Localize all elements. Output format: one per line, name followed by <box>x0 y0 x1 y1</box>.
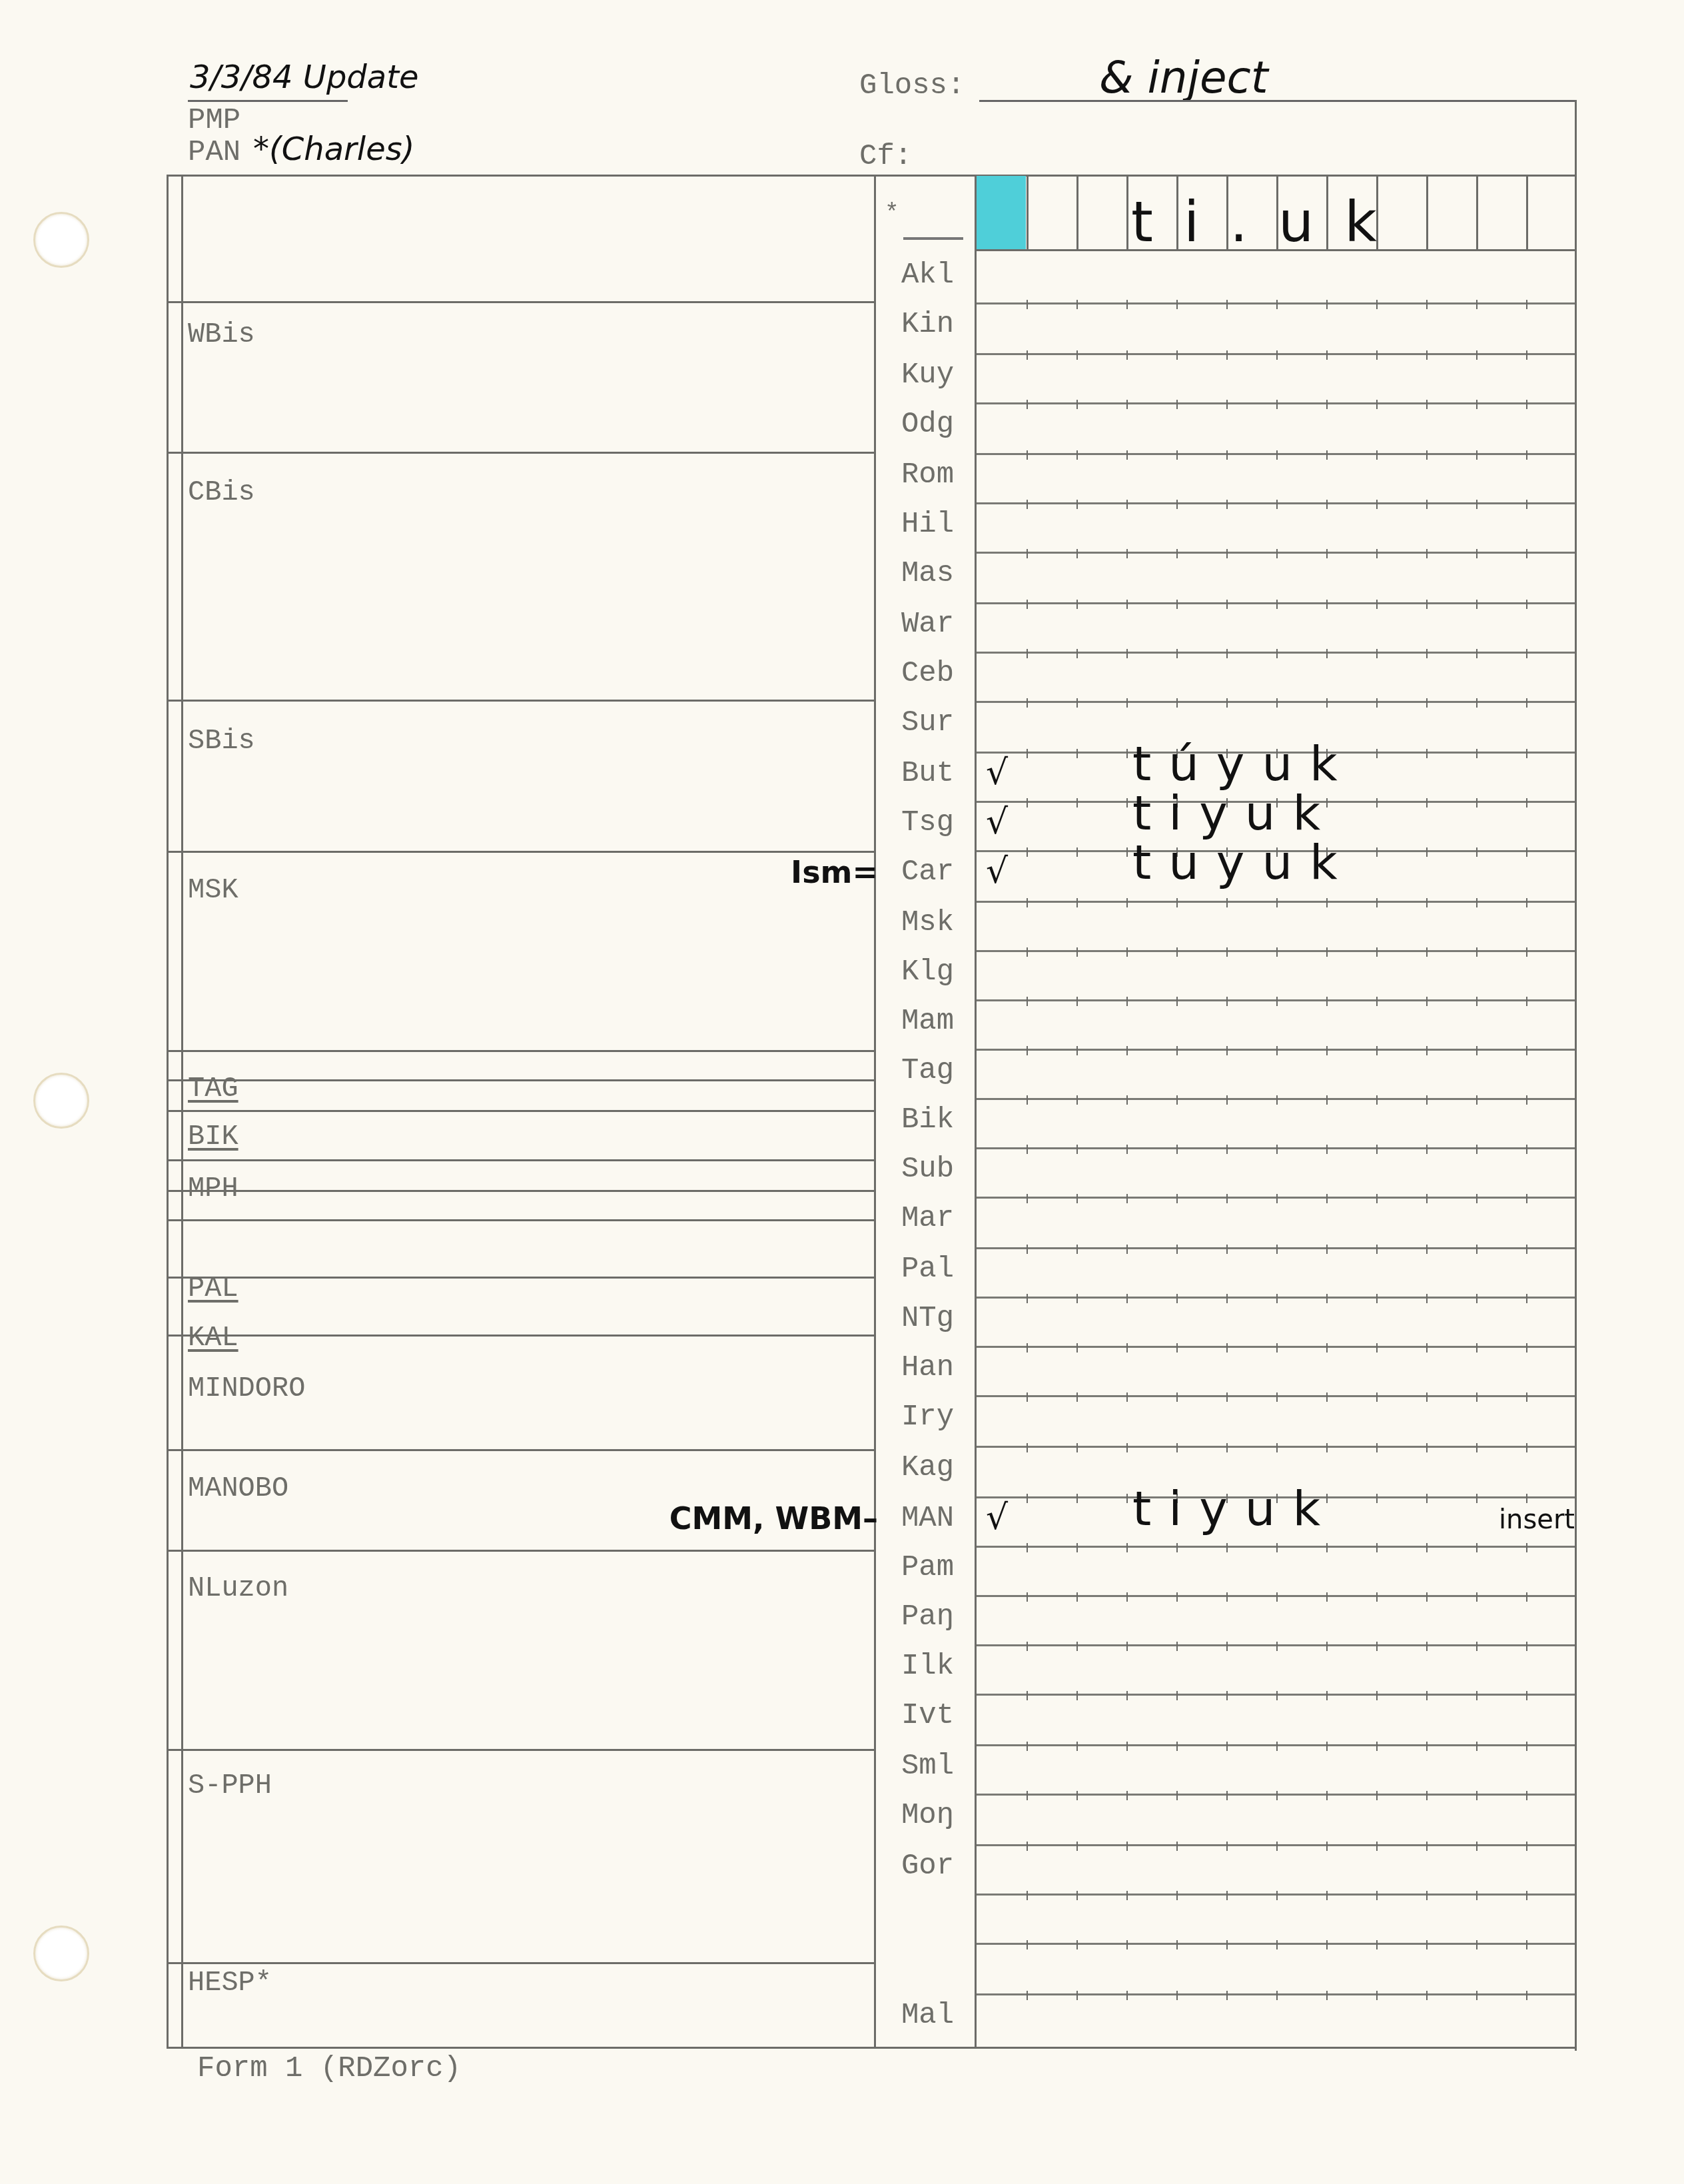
row-tick <box>1426 798 1428 808</box>
row-tick <box>1126 1194 1128 1203</box>
row-tick <box>1426 1592 1428 1602</box>
row-tick <box>1076 1842 1078 1851</box>
group-divider <box>167 1335 874 1337</box>
row-tick <box>1226 1791 1228 1800</box>
row-tick <box>1426 549 1428 558</box>
row-tick <box>1326 1543 1328 1552</box>
row-tick <box>1526 1791 1527 1800</box>
row-tick <box>1226 997 1228 1006</box>
row-tick <box>1076 1245 1078 1254</box>
row-tick <box>1076 450 1078 460</box>
row-tick <box>1126 300 1128 309</box>
group-label-cbis: CBis <box>188 476 255 508</box>
row-tick <box>1476 1691 1477 1700</box>
row-tick <box>1176 1891 1178 1900</box>
row-tick <box>1176 1842 1178 1851</box>
language-code: Msk <box>879 906 976 939</box>
row-tick <box>1076 1543 1078 1552</box>
row-tick <box>1476 947 1477 957</box>
row-tick <box>1526 1095 1527 1105</box>
row-tick <box>1376 749 1378 758</box>
row-tick <box>1126 1145 1128 1154</box>
language-code: Kuy <box>879 358 976 392</box>
row-tick <box>1376 1742 1378 1751</box>
row-rule <box>977 1993 1575 1995</box>
row-tick <box>1027 300 1028 309</box>
row-tick <box>1226 1046 1228 1055</box>
row-rule <box>977 1147 1575 1149</box>
row-tick <box>1426 1294 1428 1303</box>
row-tick <box>1027 1691 1028 1700</box>
row-tick <box>1027 898 1028 907</box>
row-tick <box>1226 1742 1228 1751</box>
row-tick <box>1027 1343 1028 1353</box>
row-tick <box>1326 698 1328 708</box>
row-tick <box>1076 1095 1078 1105</box>
language-code: Hil <box>879 508 976 541</box>
row-tick <box>1276 1194 1278 1203</box>
row-tick <box>1526 698 1527 708</box>
group-divider <box>167 1190 874 1192</box>
row-tick <box>1027 1294 1028 1303</box>
row-tick <box>1426 1343 1428 1353</box>
row-tick <box>1476 649 1477 658</box>
row-tick <box>1476 1443 1477 1452</box>
row-tick <box>1276 350 1278 360</box>
row-tick <box>1176 1742 1178 1751</box>
row-tick <box>1276 1046 1278 1055</box>
reconstruction-form: ti.uk <box>1131 189 1408 255</box>
row-tick <box>1076 1343 1078 1353</box>
row-tick <box>1526 649 1527 658</box>
reconstruction-star: * <box>885 200 899 227</box>
row-tick <box>1376 1642 1378 1651</box>
row-tick <box>1476 1046 1477 1055</box>
row-tick <box>1027 1791 1028 1800</box>
row-tick <box>1326 1245 1328 1254</box>
row-tick <box>1076 1443 1078 1452</box>
row-tick <box>1226 698 1228 708</box>
row-tick <box>1126 1891 1128 1900</box>
row-tick <box>1027 1742 1028 1751</box>
row-tick <box>1226 549 1228 558</box>
row-tick <box>1126 847 1128 857</box>
row-tick <box>1326 450 1328 460</box>
row-tick <box>1076 1891 1078 1900</box>
row-tick <box>1027 798 1028 808</box>
row-rule <box>977 1049 1575 1051</box>
row-rule <box>977 1446 1575 1448</box>
row-tick <box>1276 1095 1278 1105</box>
row-rule <box>977 901 1575 903</box>
row-tick <box>1076 1642 1078 1651</box>
row-tick <box>1426 847 1428 857</box>
row-tick <box>1027 1494 1028 1503</box>
row-tick <box>1426 400 1428 409</box>
group-divider <box>167 452 874 454</box>
row-tick <box>1027 1145 1028 1154</box>
row-tick <box>1027 947 1028 957</box>
row-tick <box>1426 350 1428 360</box>
row-tick <box>1376 1940 1378 1949</box>
language-code: Car <box>879 855 976 889</box>
row-tick <box>1076 798 1078 808</box>
row-tick <box>1376 1095 1378 1105</box>
row-rule <box>977 1644 1575 1646</box>
row-tick <box>1226 1343 1228 1353</box>
row-tick <box>1426 1791 1428 1800</box>
row-tick <box>1176 500 1178 509</box>
row-tick <box>1326 649 1328 658</box>
row-rule <box>977 1247 1575 1249</box>
row-tick <box>1076 749 1078 758</box>
group-label-sbis: SBis <box>188 725 255 757</box>
row-tick <box>1376 1392 1378 1402</box>
row-rule <box>977 1943 1575 1945</box>
row-rule <box>977 1794 1575 1796</box>
row-tick <box>1126 1991 1128 2000</box>
row-tick <box>1276 400 1278 409</box>
row-tick <box>1276 997 1278 1006</box>
language-code: Pam <box>879 1551 976 1584</box>
language-code: Mar <box>879 1202 976 1235</box>
row-tick <box>1027 997 1028 1006</box>
row-tick <box>1426 898 1428 907</box>
row-tick <box>1526 798 1527 808</box>
row-tick <box>1176 1543 1178 1552</box>
row-tick <box>1526 450 1527 460</box>
gloss-label: Gloss: <box>859 69 965 103</box>
row-tick <box>1426 1046 1428 1055</box>
row-tick <box>1526 1294 1527 1303</box>
group-label-s-pph: S-PPH <box>188 1770 272 1802</box>
row-tick <box>1426 1742 1428 1751</box>
row-tick <box>1076 350 1078 360</box>
row-tick <box>1226 1842 1228 1851</box>
language-code: Han <box>879 1351 976 1384</box>
row-tick <box>1526 549 1527 558</box>
protolang-note: *(Charles) <box>253 131 414 168</box>
language-code: But <box>879 757 976 790</box>
reflex-form: túyuk <box>1132 736 1355 792</box>
row-tick <box>1176 1392 1178 1402</box>
row-tick <box>1126 1791 1128 1800</box>
row-tick <box>1076 1691 1078 1700</box>
row-tick <box>1326 350 1328 360</box>
row-rule <box>977 453 1575 455</box>
row-tick <box>1027 847 1028 857</box>
row-tick <box>1027 500 1028 509</box>
row-tick <box>1476 698 1477 708</box>
row-tick <box>1326 1343 1328 1353</box>
group-divider <box>167 1050 874 1052</box>
row-tick <box>1376 1443 1378 1452</box>
row-tick <box>1226 1443 1228 1452</box>
form-footer-label: Form 1 (RDZorc) <box>197 2052 461 2085</box>
row-tick <box>1176 300 1178 309</box>
row-tick <box>1426 1940 1428 1949</box>
side-annotation: CMM, WBM– <box>669 1500 878 1536</box>
row-tick <box>1076 1940 1078 1949</box>
row-rule <box>977 602 1575 604</box>
row-tick <box>1027 649 1028 658</box>
row-tick <box>1176 450 1178 460</box>
row-tick <box>1076 997 1078 1006</box>
row-tick <box>1376 1294 1378 1303</box>
row-tick <box>1076 1194 1078 1203</box>
row-tick <box>1426 1891 1428 1900</box>
row-tick <box>1376 1494 1378 1503</box>
row-tick <box>1276 600 1278 609</box>
row-tick <box>1027 450 1028 460</box>
group-label-tag: TAG <box>188 1073 238 1105</box>
row-tick <box>1126 1046 1128 1055</box>
row-tick <box>1226 1095 1228 1105</box>
row-tick <box>1126 947 1128 957</box>
language-code: NTg <box>879 1302 976 1335</box>
row-tick <box>1126 1842 1128 1851</box>
row-rule <box>977 402 1575 404</box>
row-tick <box>1076 898 1078 907</box>
row-tick <box>1376 649 1378 658</box>
protolang-pan: PAN <box>188 136 240 169</box>
row-tick <box>1426 1842 1428 1851</box>
row-tick <box>1526 1245 1527 1254</box>
row-tick <box>1376 698 1378 708</box>
row-tick <box>1476 1343 1477 1353</box>
row-tick <box>1376 1891 1378 1900</box>
row-tick <box>1126 1494 1128 1503</box>
row-tick <box>1126 500 1128 509</box>
row-tick <box>1126 350 1128 360</box>
check-mark-icon: √ <box>986 851 1008 891</box>
row-tick <box>1526 1392 1527 1402</box>
row-tick <box>1376 947 1378 957</box>
group-divider <box>167 1159 874 1161</box>
row-tick <box>1376 1046 1378 1055</box>
row-tick <box>1226 1145 1228 1154</box>
reflex-form: tiyuk <box>1132 785 1338 841</box>
row-tick <box>1526 1443 1527 1452</box>
row-tick <box>1526 847 1527 857</box>
row-tick <box>1476 1642 1477 1651</box>
group-label-manobo: MANOBO <box>188 1472 288 1504</box>
row-tick <box>1027 600 1028 609</box>
check-mark-icon: √ <box>986 802 1008 842</box>
row-tick <box>1376 600 1378 609</box>
row-tick <box>1276 1842 1278 1851</box>
row-tick <box>1476 1145 1477 1154</box>
gloss-box-right-edge <box>1575 100 1577 2051</box>
row-tick <box>1076 1494 1078 1503</box>
row-tick <box>1526 1194 1527 1203</box>
row-tick <box>1476 1392 1477 1402</box>
language-code: Moŋ <box>879 1799 976 1832</box>
protolang-pmp: PMP <box>188 104 240 137</box>
row-tick <box>1276 1294 1278 1303</box>
row-tick <box>1226 400 1228 409</box>
row-rule <box>977 1098 1575 1100</box>
row-tick <box>1176 1991 1178 2000</box>
row-tick <box>1426 749 1428 758</box>
row-tick <box>1126 1592 1128 1602</box>
row-tick <box>1076 549 1078 558</box>
row-tick <box>1276 1145 1278 1154</box>
row-tick <box>1426 1691 1428 1700</box>
language-code: Sur <box>879 706 976 740</box>
row-tick <box>1126 1443 1128 1452</box>
check-mark-icon: √ <box>986 753 1008 793</box>
row-tick <box>1326 1145 1328 1154</box>
row-tick <box>1126 1691 1128 1700</box>
row-tick <box>1027 1095 1028 1105</box>
row-tick <box>1326 1392 1328 1402</box>
hole-punch-bottom <box>33 1925 89 1981</box>
row-tick <box>1276 1691 1278 1700</box>
gloss-underline <box>979 100 1575 102</box>
group-label-pal: PAL <box>188 1273 238 1305</box>
row-tick <box>1126 1294 1128 1303</box>
row-tick <box>1176 1791 1178 1800</box>
row-tick <box>1076 600 1078 609</box>
row-rule <box>977 1595 1575 1597</box>
row-tick <box>1476 1245 1477 1254</box>
row-tick <box>1176 1642 1178 1651</box>
row-tick <box>1276 450 1278 460</box>
row-tick <box>1326 500 1328 509</box>
row-tick <box>1176 1245 1178 1254</box>
row-tick <box>1027 350 1028 360</box>
row-tick <box>1176 600 1178 609</box>
row-tick <box>1176 947 1178 957</box>
hole-punch-top <box>33 212 89 268</box>
row-tick <box>1076 947 1078 957</box>
row-tick <box>1376 300 1378 309</box>
row-tick <box>1226 947 1228 957</box>
language-code: Tag <box>879 1054 976 1087</box>
row-tick <box>1376 549 1378 558</box>
reconstruction-highlight-cell <box>977 176 1026 251</box>
row-rule <box>977 1694 1575 1696</box>
row-tick <box>1526 898 1527 907</box>
row-tick <box>1027 549 1028 558</box>
row-tick <box>1276 1742 1278 1751</box>
row-tick <box>1376 400 1378 409</box>
row-tick <box>1526 1592 1527 1602</box>
group-label-bik: BIK <box>188 1121 238 1153</box>
row-tick <box>1226 1991 1228 2000</box>
language-code: Bik <box>879 1103 976 1137</box>
row-tick <box>1027 698 1028 708</box>
group-divider <box>167 1749 874 1751</box>
row-tick <box>1326 1443 1328 1452</box>
row-tick <box>1426 1642 1428 1651</box>
row-rule <box>977 1395 1575 1397</box>
row-tick <box>1076 698 1078 708</box>
row-tick <box>1376 997 1378 1006</box>
row-tick <box>1276 1343 1278 1353</box>
row-tick <box>1176 1294 1178 1303</box>
language-code: Paŋ <box>879 1600 976 1634</box>
row-tick <box>1326 1991 1328 2000</box>
row-tick <box>1526 1891 1527 1900</box>
row-tick <box>1027 1991 1028 2000</box>
row-tick <box>1176 1443 1178 1452</box>
row-tick <box>1526 1343 1527 1353</box>
row-tick <box>1226 1642 1228 1651</box>
table-bottom-border <box>167 2047 1575 2049</box>
row-tick <box>1126 600 1128 609</box>
row-tick <box>1326 300 1328 309</box>
row-tick <box>1126 1343 1128 1353</box>
row-tick <box>1526 1046 1527 1055</box>
row-tick <box>1126 1742 1128 1751</box>
row-tick <box>1226 1940 1228 1949</box>
row-tick <box>1326 1294 1328 1303</box>
group-divider <box>167 1079 874 1081</box>
row-tick <box>1276 300 1278 309</box>
row-tick <box>1326 1842 1328 1851</box>
row-tick <box>1276 1543 1278 1552</box>
hole-punch-middle <box>33 1073 89 1129</box>
row-tick <box>1226 1194 1228 1203</box>
language-code: Rom <box>879 458 976 492</box>
row-tick <box>1276 898 1278 907</box>
row-tick <box>1376 450 1378 460</box>
row-tick <box>1276 1443 1278 1452</box>
language-code: Pal <box>879 1253 976 1286</box>
row-tick <box>1176 1046 1178 1055</box>
row-tick <box>1426 1443 1428 1452</box>
row-tick <box>1126 1642 1128 1651</box>
row-tick <box>1376 1691 1378 1700</box>
row-tick <box>1526 997 1527 1006</box>
group-divider <box>167 1550 874 1552</box>
row-tick <box>1476 350 1477 360</box>
row-tick <box>1076 1145 1078 1154</box>
row-tick <box>1326 1642 1328 1651</box>
row-tick <box>1226 1592 1228 1602</box>
row-tick <box>1176 400 1178 409</box>
row-tick <box>1526 1742 1527 1751</box>
row-tick <box>1426 500 1428 509</box>
row-rule <box>977 1546 1575 1548</box>
row-tick <box>1376 1592 1378 1602</box>
row-tick <box>1126 649 1128 658</box>
row-tick <box>1376 1194 1378 1203</box>
row-tick <box>1326 1194 1328 1203</box>
row-tick <box>1476 1543 1477 1552</box>
row-tick <box>1226 350 1228 360</box>
row-tick <box>1526 1543 1527 1552</box>
row-tick <box>1526 1940 1527 1949</box>
row-tick <box>1226 1392 1228 1402</box>
row-tick <box>1426 600 1428 609</box>
row-rule <box>977 652 1575 654</box>
row-tick <box>1226 300 1228 309</box>
reconstruction-cell-divider <box>1027 175 1029 249</box>
reconstruction-cell-divider <box>1426 175 1428 249</box>
row-tick <box>1526 947 1527 957</box>
row-tick <box>1076 1791 1078 1800</box>
row-tick <box>1376 1991 1378 2000</box>
row-rule <box>977 1844 1575 1846</box>
row-tick <box>1326 600 1328 609</box>
row-rule <box>977 353 1575 355</box>
row-rule <box>977 1346 1575 1348</box>
row-tick <box>1226 1691 1228 1700</box>
language-code: Ceb <box>879 657 976 690</box>
